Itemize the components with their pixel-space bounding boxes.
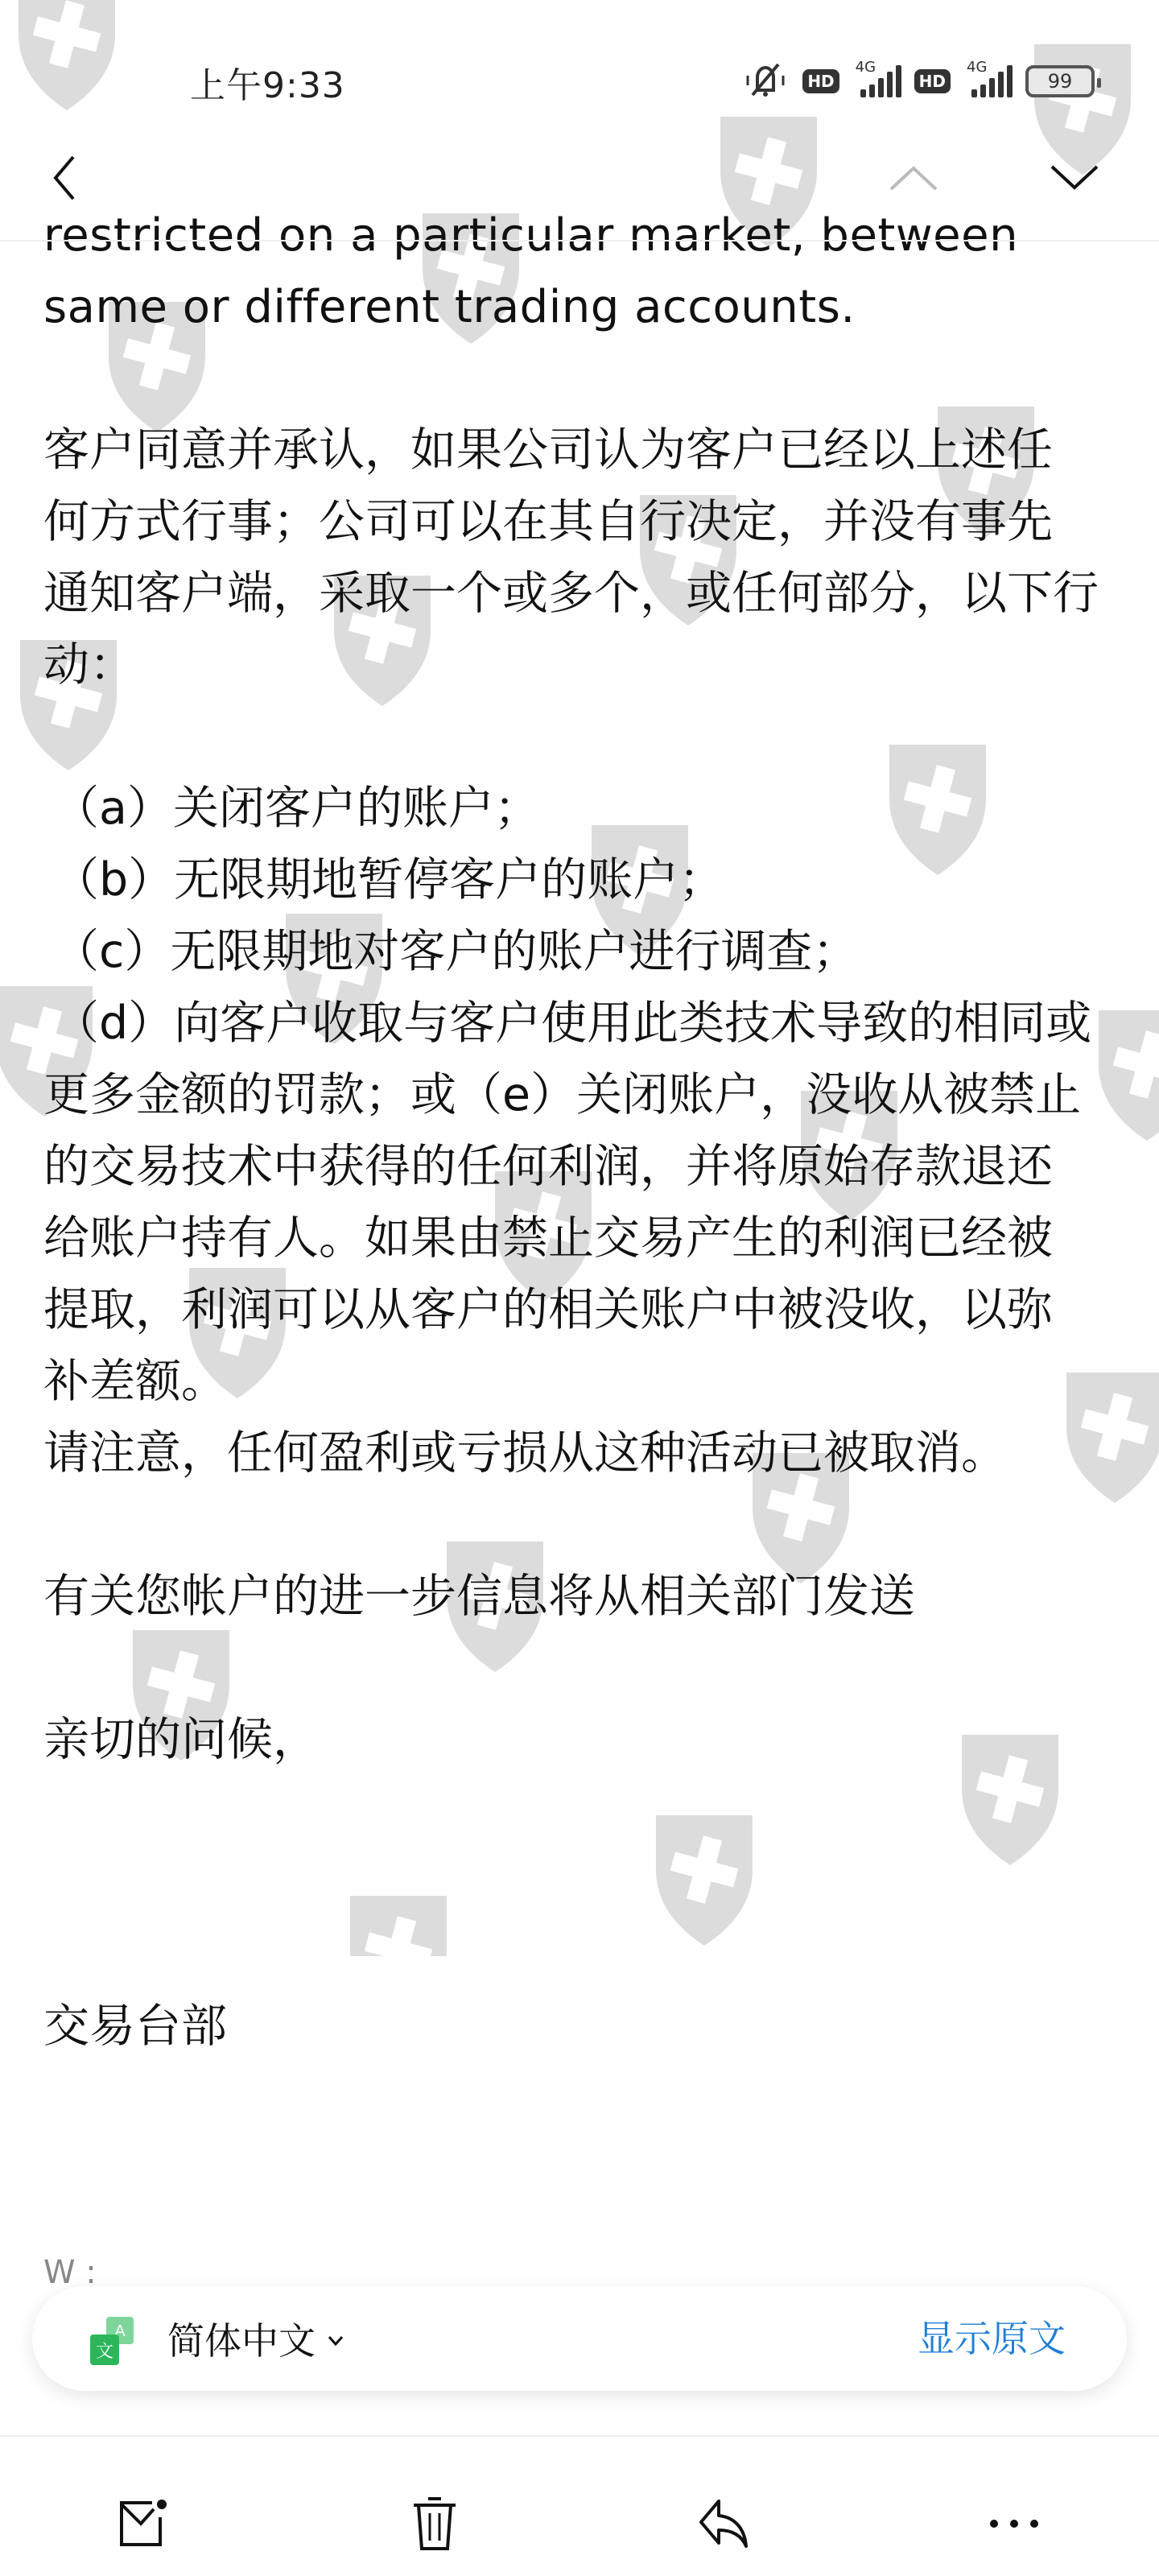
language-select[interactable]: 简体中文	[167, 2312, 344, 2365]
more-button[interactable]	[974, 2485, 1054, 2566]
more-icon	[986, 2516, 1042, 2535]
status-bar: 上午9:33 HD 4G HD 4G 99	[0, 0, 1159, 153]
body-text-line: same or different trading accounts.	[43, 271, 1122, 343]
body-text-line: 给账户持有人。如果由禁止交易产生的利润已经被	[43, 1203, 1122, 1274]
further-info-text: 有关您帐户的进一步信息将从相关部门发送	[43, 1561, 1122, 1633]
previous-mail-button[interactable]	[877, 143, 950, 216]
trash-icon	[410, 2495, 459, 2555]
signal-4g-icon: 4G	[852, 65, 901, 97]
reply-icon	[696, 2498, 753, 2553]
body-text-line: 更多金额的罚款；或（e）关闭账户，没收从被禁止	[43, 1059, 1122, 1131]
translate-bar: A文 简体中文 显示原文	[32, 2286, 1127, 2391]
action-item-a: （a）关闭客户的账户；	[43, 773, 1122, 844]
hd-icon: HD	[802, 69, 839, 93]
hd-icon: HD	[914, 69, 951, 93]
next-mail-button[interactable]	[1038, 143, 1111, 216]
chevron-up-icon	[888, 163, 939, 196]
back-button[interactable]	[29, 143, 101, 216]
body-text-line: 动：	[43, 630, 1122, 701]
signal-4g-icon: 4G	[963, 65, 1013, 97]
email-body: restricted on a particular market, betwe…	[43, 242, 1122, 2062]
mark-unread-icon	[117, 2498, 173, 2553]
body-text-line: 提取，利润可以从客户的相关账户中被没收，以弥	[43, 1274, 1122, 1346]
translate-icon: A文	[89, 2315, 137, 2367]
chevron-down-icon	[1049, 163, 1100, 196]
vibrate-mute-icon	[741, 60, 790, 103]
body-text-line: 客户同意并承认，如果公司认为客户已经以上述任	[43, 415, 1122, 486]
svg-text:文: 文	[96, 2342, 113, 2362]
status-icons: HD 4G HD 4G 99	[741, 61, 1095, 101]
action-item-d: （d）向客户收取与客户使用此类技术导致的相同或	[43, 988, 1122, 1059]
bottom-toolbar	[0, 2437, 1159, 2576]
language-label: 简体中文	[167, 2312, 316, 2365]
mark-unread-button[interactable]	[105, 2485, 185, 2566]
body-text-line: 何方式行事；公司可以在其自行决定，并没有事先	[43, 486, 1122, 558]
signature-text: 交易台部	[43, 1991, 1122, 2062]
chevron-down-icon	[327, 2329, 344, 2353]
body-text-line: 补差额。	[43, 1346, 1122, 1418]
show-original-button[interactable]: 显示原文	[918, 2312, 1066, 2365]
greeting-text: 亲切的问候，	[43, 1704, 1122, 1776]
body-text-line: 请注意，任何盈利或亏损从这种活动已被取消。	[43, 1418, 1122, 1489]
battery-icon: 99	[1025, 65, 1095, 97]
body-text-line: 的交易技术中获得的任何利润，并将原始存款退还	[43, 1131, 1122, 1203]
status-time: 上午9:33	[190, 56, 345, 108]
reply-button[interactable]	[684, 2485, 765, 2566]
delete-button[interactable]	[394, 2485, 475, 2566]
action-item-c: （c）无限期地对客户的账户进行调查；	[43, 916, 1122, 988]
action-item-b: （b）无限期地暂停客户的账户；	[43, 844, 1122, 916]
body-text-line: 通知客户端，采取一个或多个，或任何部分，以下行	[43, 558, 1122, 630]
chevron-left-icon	[49, 154, 81, 205]
mail-nav-header	[0, 137, 1159, 242]
